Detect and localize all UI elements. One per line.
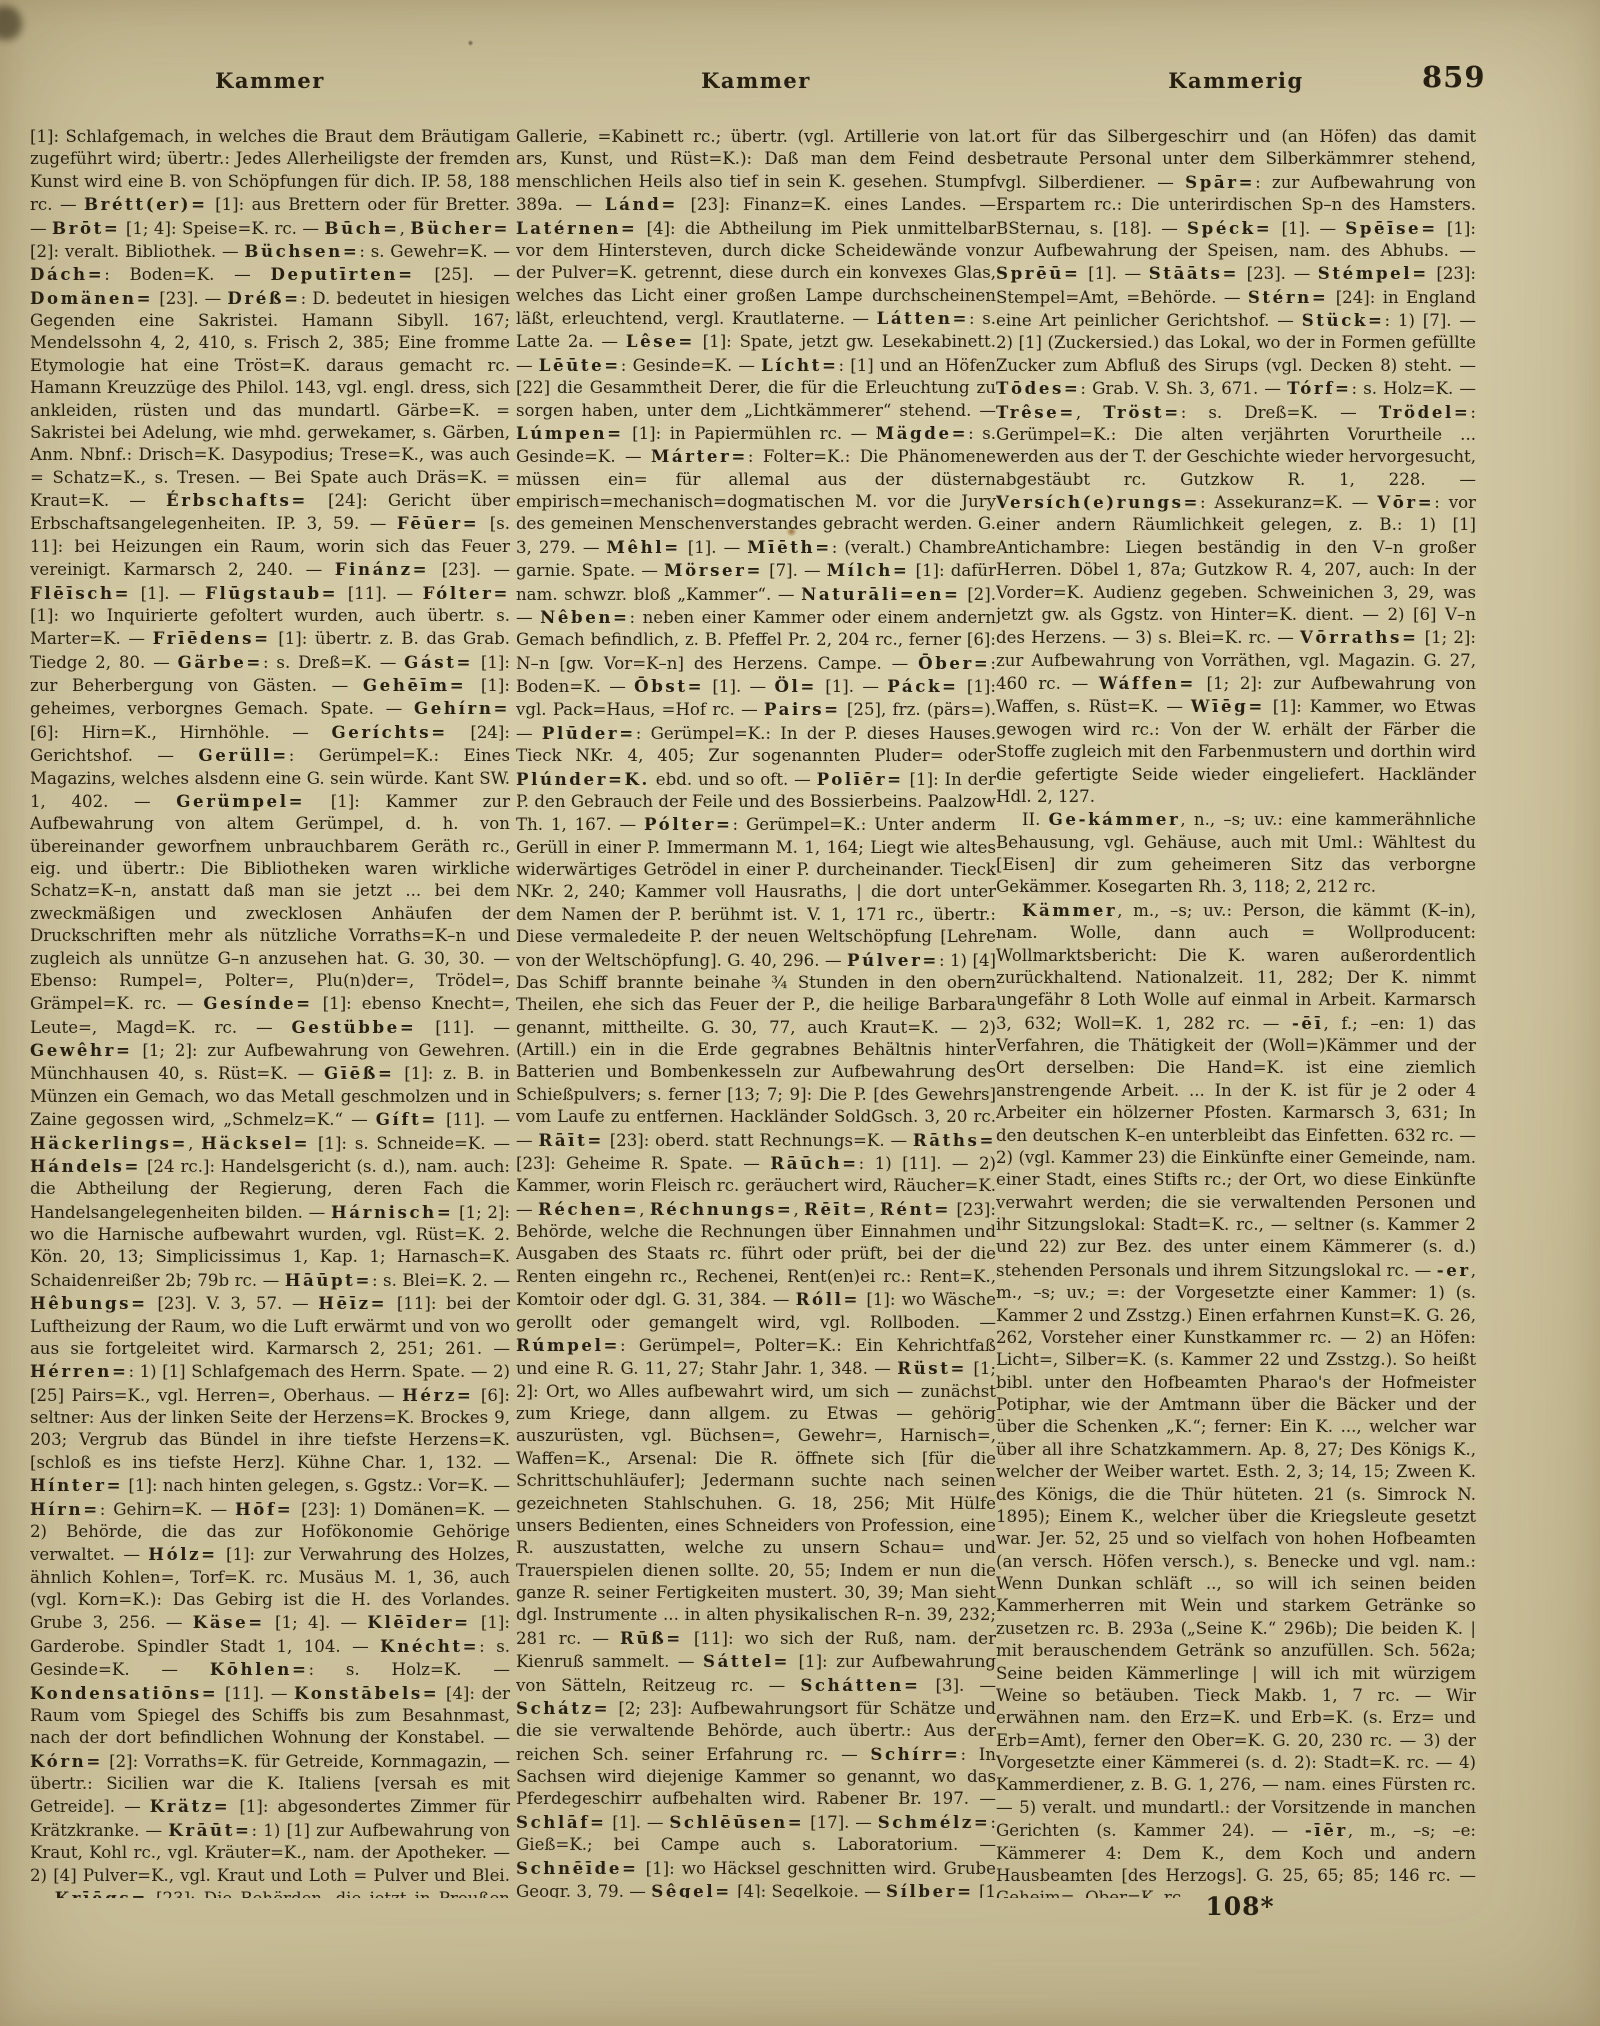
compound-headword: Trödel= <box>1379 402 1471 422</box>
compound-headword: Schlāf= <box>516 1812 606 1832</box>
compound-headword: Spēīse= <box>1345 218 1437 238</box>
compound-headword: Latérnen= <box>516 218 637 238</box>
compound-headword: Gehírn= <box>414 698 510 718</box>
compound-headword: Ōber= <box>918 653 990 673</box>
compound-headword: Hólz= <box>148 1544 217 1564</box>
compound-headword: Häckerlings= <box>30 1133 188 1153</box>
compound-headword: Sáttel= <box>703 1651 790 1671</box>
compound-headword: Flēīsch= <box>30 583 131 603</box>
compound-headword: Dréß= <box>227 288 300 308</box>
compound-headword: Krāūt= <box>168 1820 251 1840</box>
compound-headword: Wīēg= <box>1191 696 1265 716</box>
compound-headword: Pólter= <box>644 814 732 834</box>
compound-headword: Krätz= <box>150 1796 231 1816</box>
compound-headword: Gerüll= <box>198 745 288 765</box>
compound-headword: Domänen= <box>30 288 153 308</box>
compound-headword: Ōbst= <box>634 676 704 696</box>
compound-headword: Plūder= <box>542 723 636 743</box>
compound-headword: Hárnisch= <box>331 1202 453 1222</box>
compound-headword: Wáffen= <box>1099 673 1196 693</box>
compound-headword: Rāths= <box>913 1130 996 1150</box>
compound-headword: Púlver= <box>847 950 939 970</box>
text-column-2: Gallerie, =Kabinett rc.; übertr. (vgl. A… <box>516 126 996 1898</box>
compound-headword: Schírr= <box>870 1744 960 1764</box>
compound-headword: Öl= <box>774 676 816 696</box>
page-number: 859 <box>1422 60 1542 94</box>
compound-headword: Mílch= <box>827 560 910 580</box>
compound-headword: Schátten= <box>800 1675 920 1695</box>
compound-headword: Hérren= <box>30 1361 128 1381</box>
compound-headword: Látten= <box>877 308 969 328</box>
compound-headword: Lêse= <box>626 331 695 351</box>
compound-headword: Sêgel= <box>651 1881 732 1898</box>
compound-headword: Érbschafts= <box>166 490 308 510</box>
compound-headword: Sílber= <box>886 1881 974 1898</box>
compound-headword: Schnēīde= <box>516 1858 639 1878</box>
compound-headword: Frīēdens= <box>153 628 271 648</box>
text-paragraph: ort für das Silbergeschirr und (an Höfen… <box>996 126 1476 808</box>
compound-headword: Schlēūsen= <box>669 1812 804 1832</box>
text-column-1: [1]: Schlafgemach, in welches die Braut … <box>30 126 510 1898</box>
compound-headword: Stérn= <box>1248 287 1329 307</box>
compound-headword: Gīēß= <box>324 1063 395 1083</box>
text-paragraph: Kämmer, m., –s; uv.: Person, die kämmt (… <box>996 899 1476 1898</box>
text-paragraph: II. Ge-kámmer, n., –s; uv.: eine kammerä… <box>996 808 1476 899</box>
compound-headword: Réchnungs= <box>650 1199 794 1219</box>
compound-headword: Mägde= <box>876 423 968 443</box>
paper-stain <box>468 40 473 46</box>
compound-headword: Stück= <box>1302 310 1385 330</box>
compound-headword: Polīēr= <box>817 769 904 789</box>
text-column-3: ort für das Silbergeschirr und (an Höfen… <box>996 126 1476 1898</box>
compound-headword: Tórf= <box>1287 378 1351 398</box>
compound-headword: Stāāts= <box>1149 263 1239 283</box>
compound-headword: Páck= <box>887 676 958 696</box>
compound-headword: Gesínde= <box>203 993 312 1013</box>
compound-headword: Vōrraths= <box>1300 627 1419 647</box>
compound-headword: Fēūer= <box>397 513 479 533</box>
compound-headword: Būch= <box>324 218 399 238</box>
compound-headword: Spéck= <box>1187 218 1272 238</box>
compound-headword: Márter= <box>651 446 748 466</box>
compound-headword: Dách= <box>30 264 104 284</box>
compound-headword: Häcksel= <box>201 1133 310 1153</box>
compound-headword: Stémpel= <box>1318 263 1429 283</box>
compound-headword: Rént= <box>880 1199 951 1219</box>
compound-headword: Hêbungs= <box>30 1293 148 1313</box>
compound-headword: Tröst= <box>1103 402 1180 422</box>
compound-headword: Kämmer <box>1022 900 1117 920</box>
scanned-book-page: { "page": { "running_heads": {"col1": "K… <box>0 0 1600 2026</box>
compound-headword: Tōdes= <box>996 378 1080 398</box>
compound-headword: Käse= <box>193 1612 265 1632</box>
compound-headword: Schmélz= <box>878 1812 991 1832</box>
compound-headword: Hándels= <box>30 1156 141 1176</box>
compound-headword: Réchen= <box>538 1199 639 1219</box>
compound-headword: Spār= <box>1185 172 1255 192</box>
compound-headword: -ēī <box>1292 1013 1324 1033</box>
scan-corner-smudge <box>0 6 22 40</box>
compound-headword: Gehēīm= <box>363 675 466 695</box>
compound-headword: Krīēgs= <box>55 1888 148 1898</box>
compound-headword: Mêhl= <box>607 537 681 557</box>
compound-headword: Brétt(er)= <box>84 194 208 214</box>
compound-headword: Gestübbe= <box>291 1017 416 1037</box>
compound-headword: Rēīt= <box>804 1199 869 1219</box>
sheet-signature-mark: 108* <box>1188 1892 1292 1921</box>
compound-headword: Rüst= <box>897 1358 967 1378</box>
compound-headword: Plúnder=K. <box>516 769 650 789</box>
compound-headword: Deputīrten= <box>270 264 414 284</box>
compound-headword: Lánd= <box>605 194 678 214</box>
compound-headword: Konstābels= <box>294 1683 439 1703</box>
compound-headword: Bücher= <box>410 218 510 238</box>
compound-headword: -īēr <box>1305 1820 1348 1840</box>
compound-headword: Kōhlen= <box>210 1659 309 1679</box>
compound-headword: Nêben= <box>540 607 629 627</box>
compound-headword: Sprēū= <box>996 263 1080 283</box>
compound-headword: Rāīt= <box>538 1130 603 1150</box>
compound-headword: Ge-kámmer <box>1049 809 1181 829</box>
running-head-column-1: Kammer <box>30 68 510 93</box>
compound-headword: Rūß= <box>620 1628 683 1648</box>
compound-headword: Büchsen= <box>244 241 359 261</box>
compound-headword: Brōt= <box>52 218 120 238</box>
compound-headword: Hírn= <box>30 1499 100 1519</box>
running-head-column-3: Kammerig <box>996 68 1476 93</box>
compound-headword: Hōf= <box>235 1499 293 1519</box>
compound-headword: Geríchts= <box>331 722 447 742</box>
compound-headword: Naturāli=en= <box>801 584 960 604</box>
compound-headword: Lúmpen= <box>516 423 624 443</box>
compound-headword: Klēīder= <box>367 1612 470 1632</box>
compound-headword: Hérz= <box>402 1385 473 1405</box>
compound-headword: Kondensatiōns= <box>30 1683 218 1703</box>
compound-headword: Versích(e)rungs= <box>996 492 1200 512</box>
compound-headword: Hēīz= <box>318 1293 387 1313</box>
compound-headword: Vōr= <box>1377 492 1434 512</box>
compound-headword: Lícht= <box>761 355 838 375</box>
compound-headword: Gíft= <box>376 1109 438 1129</box>
compound-headword: Lēūte= <box>539 355 621 375</box>
compound-headword: Hínter= <box>30 1475 123 1495</box>
compound-headword: Gerümpel= <box>176 791 305 811</box>
running-head-column-2: Kammer <box>516 68 996 93</box>
compound-headword: Schátz= <box>516 1698 610 1718</box>
compound-headword: Gewêhr= <box>30 1040 132 1060</box>
compound-headword: Kórn= <box>30 1751 103 1771</box>
compound-headword: Rúmpel= <box>516 1335 620 1355</box>
text-paragraph: [1]: Schlafgemach, in welches die Braut … <box>30 126 510 1898</box>
compound-headword: Gást= <box>404 652 473 672</box>
compound-headword: Róll= <box>796 1289 860 1309</box>
compound-headword: Gärbe= <box>178 652 263 672</box>
compound-headword: Hāūpt= <box>285 1270 372 1290</box>
compound-headword: Mīēth= <box>747 537 831 557</box>
compound-headword: Rāūch= <box>770 1153 858 1173</box>
compound-headword: Knécht= <box>380 1636 479 1656</box>
text-paragraph: Gallerie, =Kabinett rc.; übertr. (vgl. A… <box>516 126 996 1898</box>
compound-headword: Mörser= <box>664 560 763 580</box>
compound-headword: Pairs= <box>764 699 841 719</box>
compound-headword: Trêse= <box>996 402 1076 422</box>
compound-headword: Fólter= <box>423 583 510 603</box>
compound-headword: -er <box>1437 1260 1471 1280</box>
compound-headword: Finánz= <box>335 559 430 579</box>
compound-headword: Flūgstaub= <box>205 583 338 603</box>
